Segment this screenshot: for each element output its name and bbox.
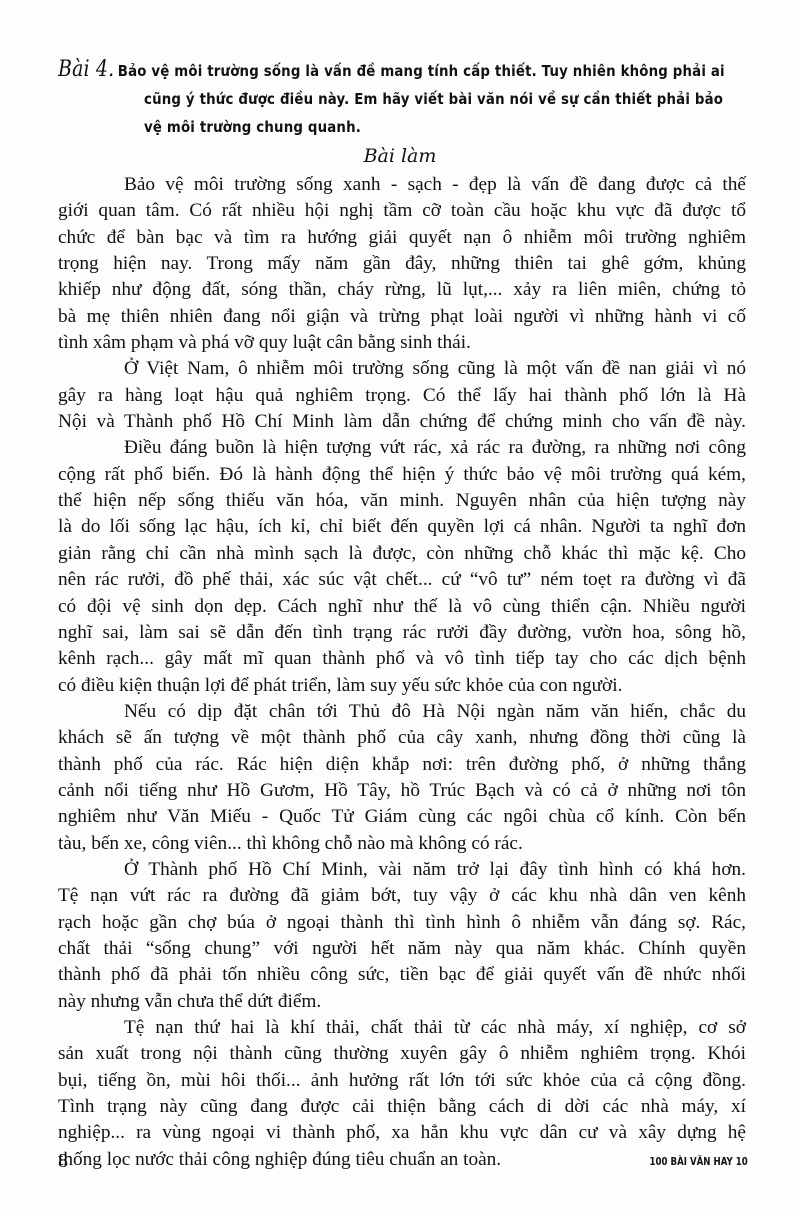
text-line: bà mẹ thiên nhiên đang nổi giận và trừng…: [58, 304, 746, 330]
page-footer: 8 100 BÀI VĂN HAY 10: [58, 1150, 748, 1176]
text-line: thành phố đã phải tốn nhiều công sức, ti…: [58, 962, 746, 988]
text-line: Nội và Thành phố Hồ Chí Minh làm dẫn chứ…: [58, 409, 746, 435]
book-title: 100 BÀI VĂN HAY 10: [650, 1156, 748, 1168]
text-line: cộng rất phổ biến. Đó là hành động thể h…: [58, 462, 746, 488]
text-line: có điều kiện thuận lợi để phát triển, là…: [58, 673, 746, 699]
text-line: Nếu có dịp đặt chân tới Thủ đô Hà Nội ng…: [58, 699, 746, 725]
text-line: nghiệp... ra vùng ngoại vi thành phố, xa…: [58, 1120, 746, 1146]
text-line: Bảo vệ môi trường sống xanh - sạch - đẹp…: [58, 172, 746, 198]
text-line: nên rác rưởi, đồ phế thải, xác súc vật c…: [58, 567, 746, 593]
prompt-line: Bài 4.Bảo vệ môi trường sống là vấn đề m…: [58, 56, 651, 85]
exercise-label: Bài 4.: [58, 57, 114, 82]
text-line: chức để bàn bạc và tìm ra hướng giải quy…: [58, 225, 746, 251]
text-line: Tệ nạn thứ hai là khí thải, chất thải từ…: [58, 1015, 746, 1041]
prompt-line: vệ môi trường chung quanh.: [58, 113, 651, 141]
essay-subheading: Bài làm: [0, 145, 800, 167]
text-line: tình xâm phạm và phá vỡ quy luật cân bằn…: [58, 330, 746, 356]
text-line: giới quan tâm. Có rất nhiều hội nghị tầm…: [58, 198, 746, 224]
text-line: Điều đáng buồn là hiện tượng vứt rác, xả…: [58, 435, 746, 461]
text-line: tàu, bến xe, công viên... thì không chỗ …: [58, 831, 746, 857]
text-line: nghiêm như Văn Miếu - Quốc Tử Giám cùng …: [58, 804, 746, 830]
text-line: giản rằng chỉ cần nhà mình sạch là được,…: [58, 541, 746, 567]
text-line: có đội vệ sinh dọn dẹp. Cách nghĩ như th…: [58, 594, 746, 620]
text-line: Tệ nạn vứt rác ra đường đã giảm bớt, tuy…: [58, 883, 746, 909]
prompt-text: Bảo vệ môi trường sống là vấn đề mang tí…: [118, 62, 725, 80]
text-line: khách sẽ ấn tượng về một thành phố của c…: [58, 725, 746, 751]
text-line: cảnh nổi tiếng như Hồ Gươm, Hồ Tây, hồ T…: [58, 778, 746, 804]
prompt-line: cũng ý thức được điều này. Em hãy viết b…: [58, 85, 651, 113]
text-line: rạch hoặc gần chợ búa ở ngoại thành thì …: [58, 910, 746, 936]
text-line: trọng hiện nay. Trong mấy năm gần đây, n…: [58, 251, 746, 277]
text-line: chất thải “sống chung” với người hết năm…: [58, 936, 746, 962]
text-line: nghĩ sai, làm sai sẽ dẫn đến tình trạng …: [58, 620, 746, 646]
book-page: Bài 4.Bảo vệ môi trường sống là vấn đề m…: [0, 0, 800, 1216]
exercise-prompt: Bài 4.Bảo vệ môi trường sống là vấn đề m…: [58, 56, 651, 141]
text-line: Ở Việt Nam, ô nhiễm môi trường sống cũng…: [58, 356, 746, 382]
page-number: 8: [58, 1150, 68, 1173]
text-line: Tình trạng này cũng đang được cải thiện …: [58, 1094, 746, 1120]
text-line: Ở Thành phố Hồ Chí Minh, vài năm trở lại…: [58, 857, 746, 883]
text-line: gây ra hàng loạt hậu quả nghiêm trọng. C…: [58, 383, 746, 409]
text-line: sản xuất trong nội thành cũng thường xuy…: [58, 1041, 746, 1067]
text-line: thành phố của rác. Rác hiện diện khắp nơ…: [58, 752, 746, 778]
text-line: là do lối sống lạc hậu, ích kỉ, chỉ biết…: [58, 514, 746, 540]
text-line: thể hiện nếp sống thiếu văn hóa, văn min…: [58, 488, 746, 514]
text-line: khiếp như động đất, sóng thần, cháy rừng…: [58, 277, 746, 303]
essay-body: Bảo vệ môi trường sống xanh - sạch - đẹp…: [58, 172, 746, 1173]
text-line: kênh rạch... gây mất mĩ quan thành phố v…: [58, 646, 746, 672]
text-line: bụi, tiếng ồn, mùi hôi thối... ảnh hưởng…: [58, 1068, 746, 1094]
text-line: này nhưng vẫn chưa thể dứt điểm.: [58, 989, 746, 1015]
